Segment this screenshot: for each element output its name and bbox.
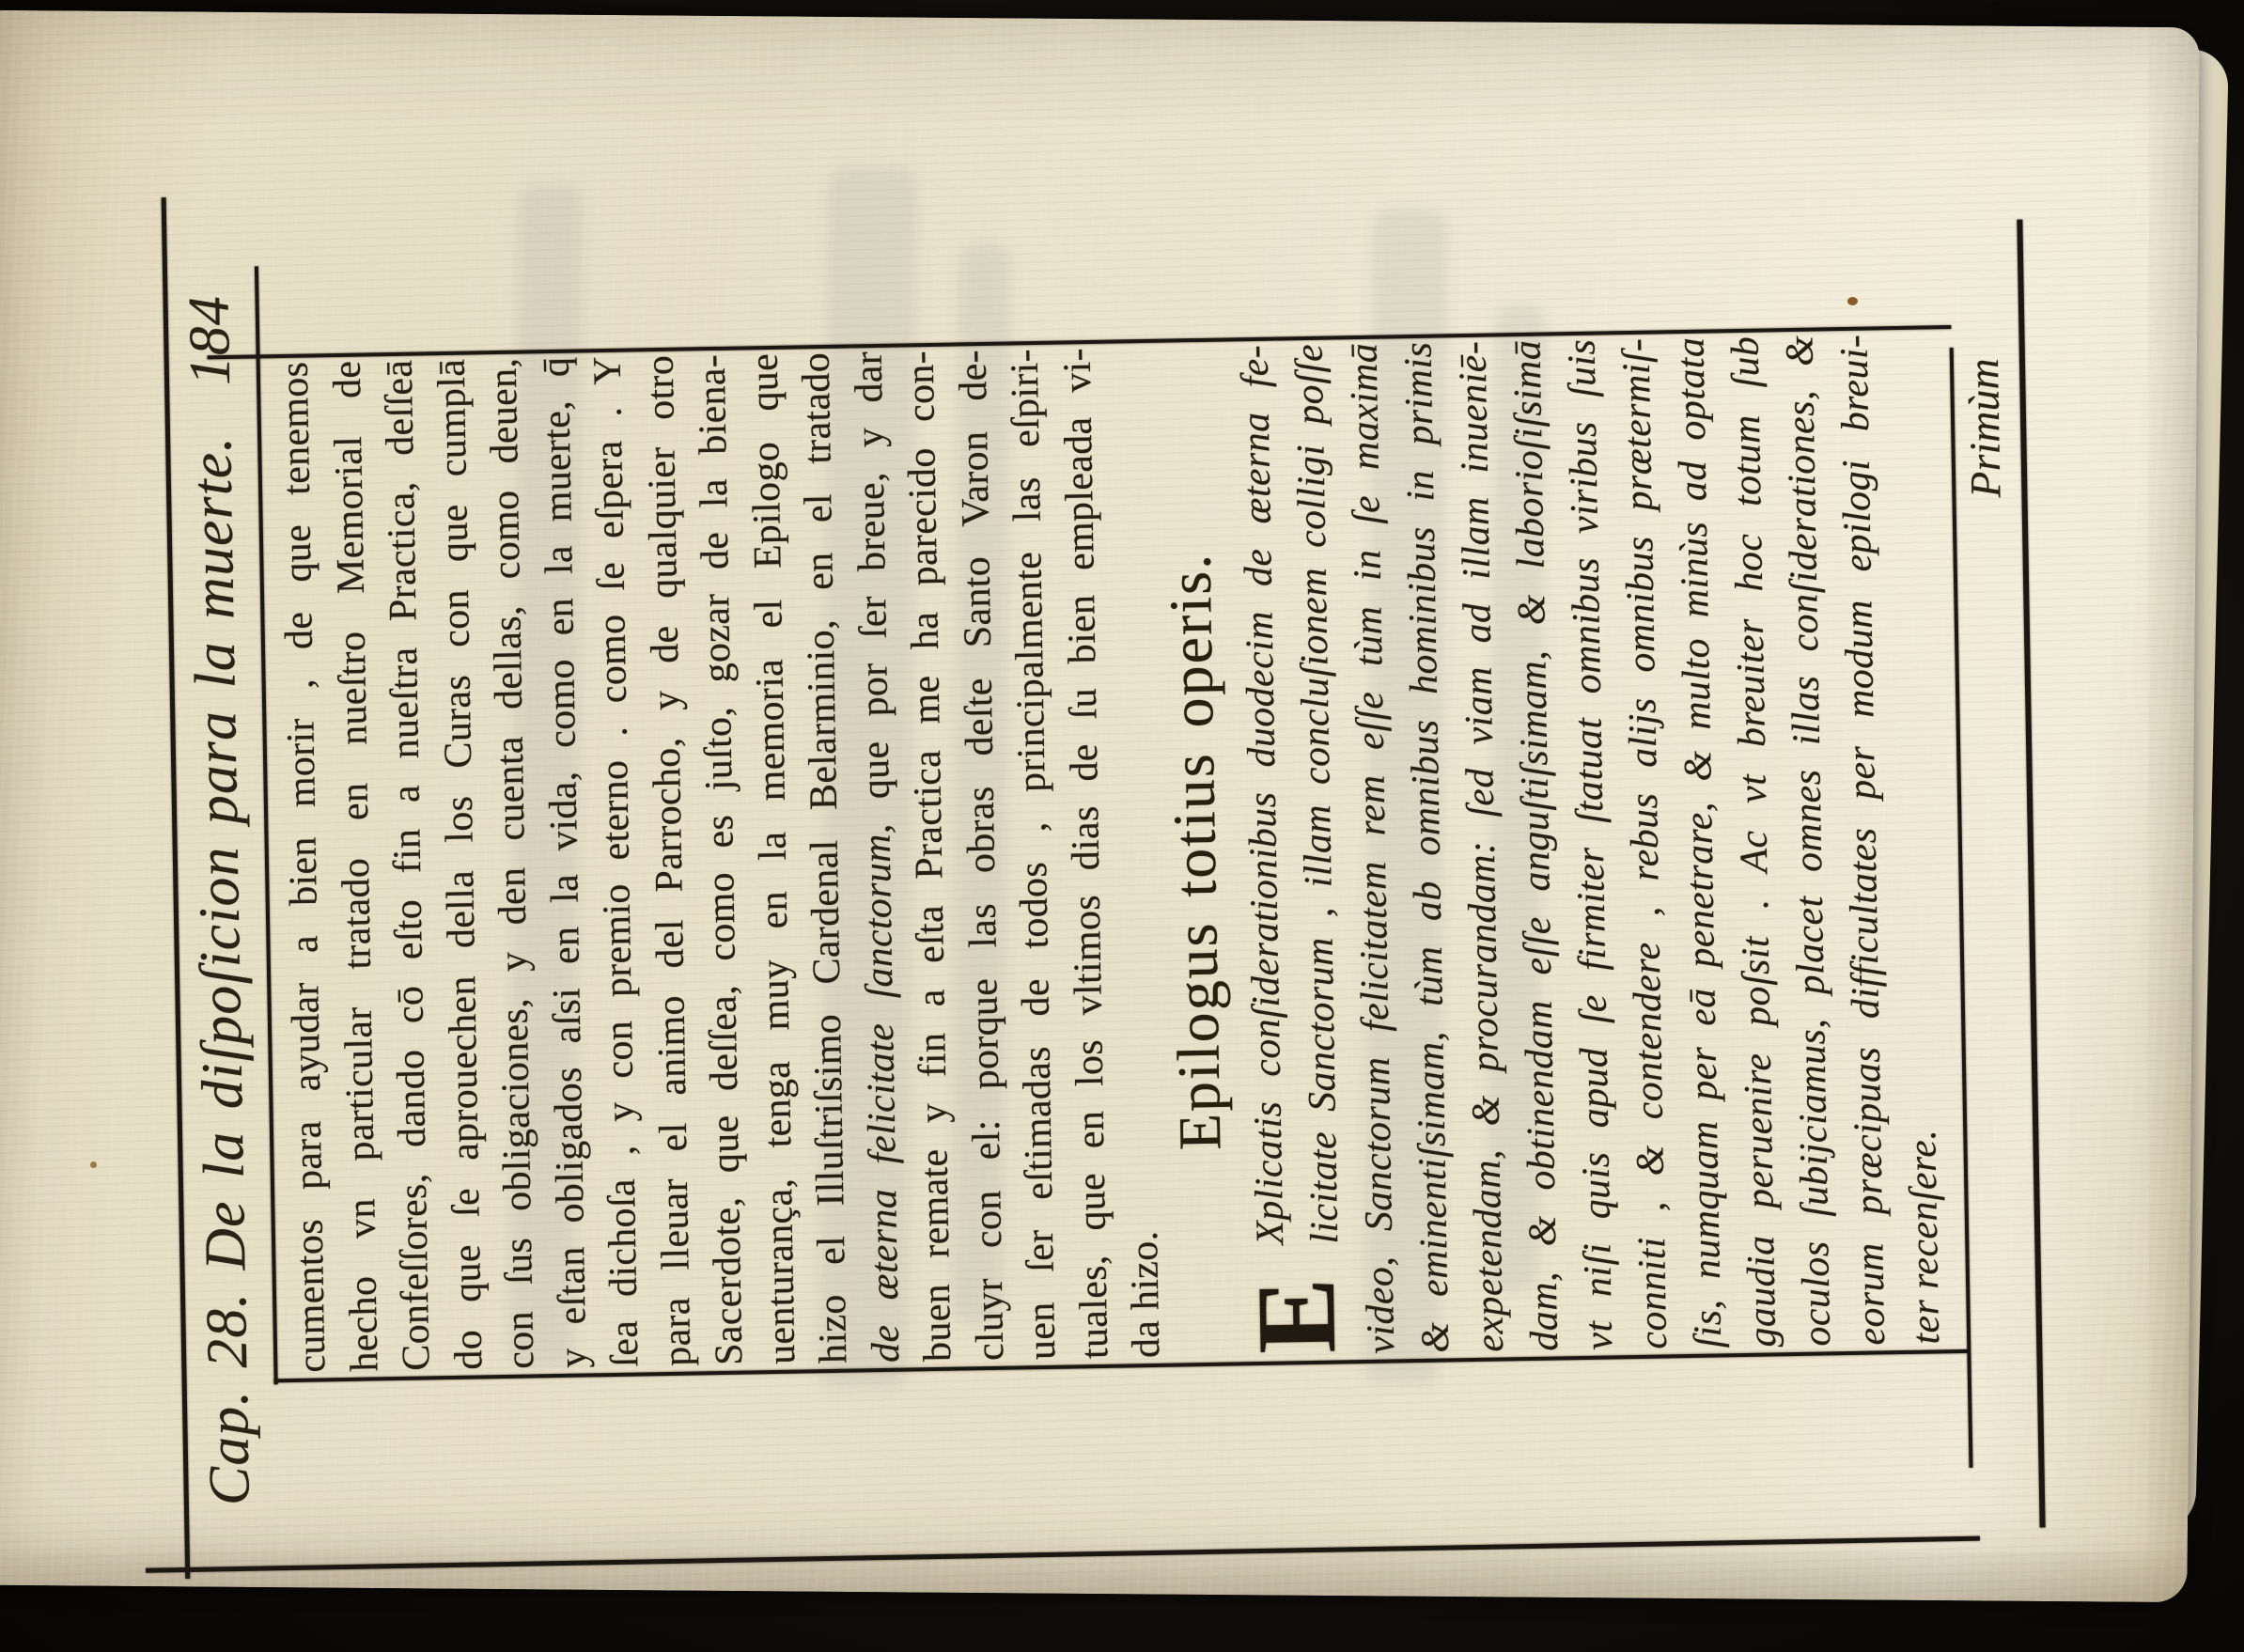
catchword: Primùm <box>1955 326 2020 772</box>
latin-phrase: de æterna felicitate ſanctorum, <box>855 823 908 1363</box>
text-line-roman-part: que por ſer breue, y dar <box>847 351 897 800</box>
bottom-margin-rule <box>2017 220 2045 1528</box>
running-head-title: Cap. 28. De la diſpoſicion para la muert… <box>179 436 264 1506</box>
latin-paragraph: E Xplicatis conſiderationibus duodecim d… <box>1228 333 1955 1356</box>
page-number: 184 <box>176 295 244 386</box>
paper-speck <box>90 1161 97 1168</box>
drop-cap-initial: E <box>1245 1247 1352 1354</box>
text-block: Cap. 28. De la diſpoſicion para la muert… <box>115 169 2076 1650</box>
margin-rule <box>146 1536 1980 1573</box>
spanish-paragraph: cumentos para ayudar a bien morir , de q… <box>270 347 1174 1373</box>
